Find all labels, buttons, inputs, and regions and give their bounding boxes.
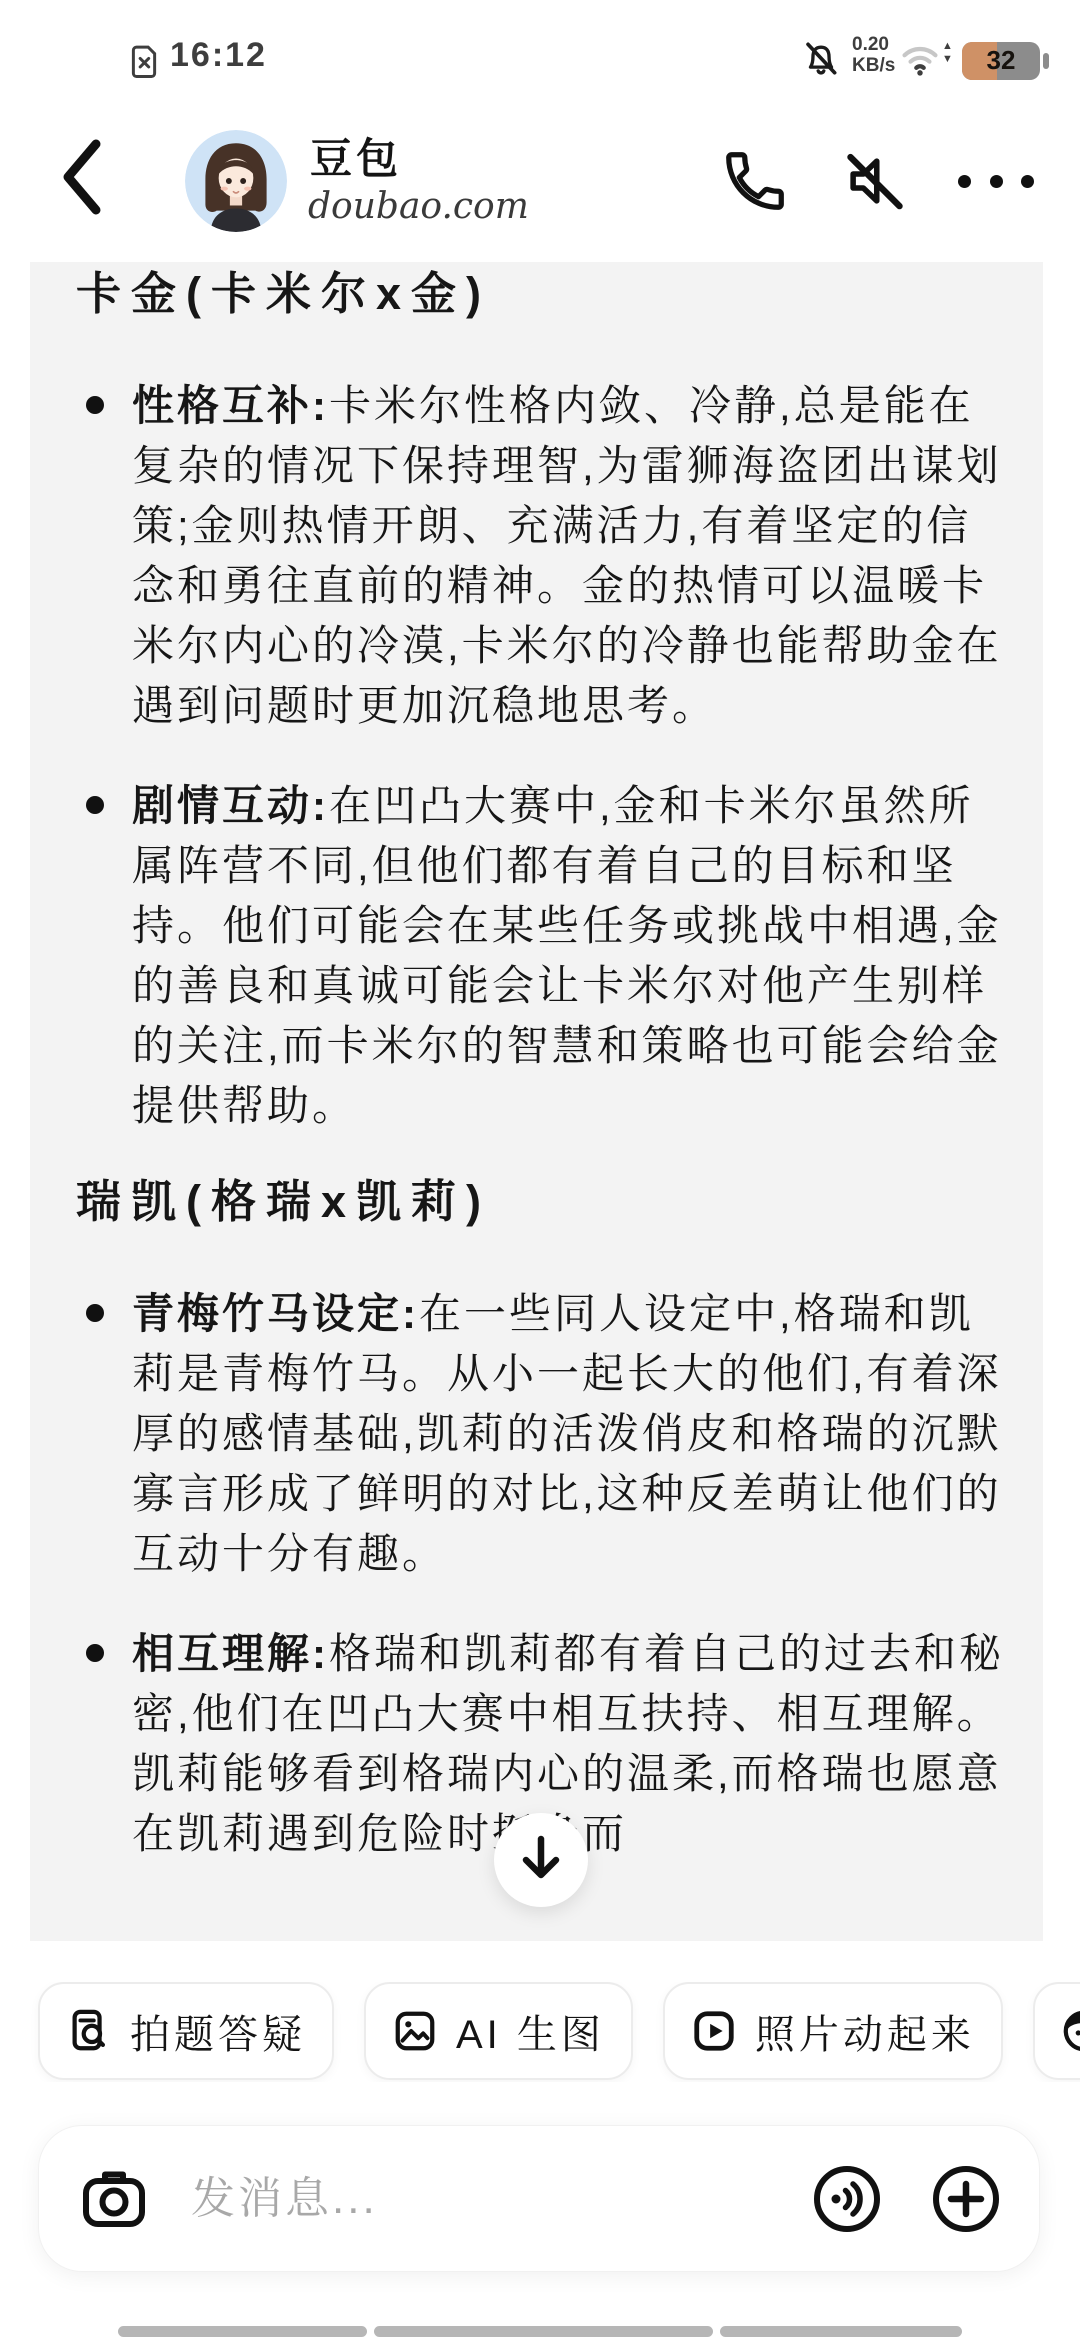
bullet-lead: 相互理解: <box>132 1630 329 1677</box>
battery-indicator: 32 <box>962 42 1040 80</box>
list-item: 剧情互动:在凹凸大赛中,金和卡米尔虽然所属阵营不同,但他们都有着自己的目标和坚持… <box>76 776 1009 1136</box>
quick-action-photo-question[interactable]: 拍题答疑 <box>38 1982 334 2080</box>
bullet-lead: 剧情互动: <box>132 782 329 829</box>
bullet-text: 性格互补:卡米尔性格内敛、冷静,总是能在复杂的情况下保持理智,为雷狮海盗团出谋划… <box>132 376 1009 736</box>
gesture-bar-right[interactable] <box>720 2326 962 2337</box>
image-icon <box>392 2008 438 2054</box>
dot <box>958 175 971 188</box>
no-sim-icon <box>128 42 162 87</box>
face-icon <box>1061 2008 1080 2054</box>
battery-percent: 32 <box>962 45 1040 76</box>
notifications-muted-icon <box>800 36 842 85</box>
dot <box>1021 175 1034 188</box>
list-item: 性格互补:卡米尔性格内敛、冷静,总是能在复杂的情况下保持理智,为雷狮海盗团出谋划… <box>76 376 1009 736</box>
bullet-dot <box>86 1304 104 1322</box>
gesture-bar-center[interactable] <box>374 2326 713 2337</box>
assistant-message-bubble: 卡金(卡米尔x金) 性格互补:卡米尔性格内敛、冷静,总是能在复杂的情况下保持理智… <box>30 262 1043 1941</box>
network-speed-unit: KB/s <box>852 55 895 76</box>
scroll-to-bottom-button[interactable] <box>494 1813 588 1907</box>
quick-action-ai-image[interactable]: AI 生图 <box>364 1982 633 2080</box>
gesture-bar-left[interactable] <box>118 2326 367 2337</box>
sound-muted-button[interactable] <box>840 146 910 216</box>
quick-action-label: 拍题答疑 <box>130 2003 306 2060</box>
bullet-text: 青梅竹马设定:在一些同人设定中,格瑞和凯莉是青梅竹马。从小一起长大的他们,有着深… <box>132 1284 1009 1584</box>
pairing-section-title: 瑞凯(格瑞x凯莉) <box>76 1176 1009 1228</box>
wifi-icon <box>898 38 942 83</box>
quick-action-label: 照片动起来 <box>755 2003 975 2060</box>
bullet-dot <box>86 1644 104 1662</box>
wifi-traffic-arrows-icon: ▲▼ <box>942 40 953 66</box>
network-speed: 0.20 KB/s <box>852 34 895 76</box>
avatar[interactable] <box>185 130 287 232</box>
add-attachment-button[interactable] <box>931 2164 1001 2234</box>
quick-action-clipped[interactable]: A <box>1033 1982 1080 2080</box>
quick-action-label: AI 生图 <box>456 2003 605 2060</box>
bullet-dot <box>86 396 104 414</box>
photo-question-icon <box>66 2008 112 2054</box>
quick-actions-row: 拍题答疑 AI 生图 照片动起来 <box>0 1982 1080 2082</box>
call-button[interactable] <box>720 146 790 216</box>
bullet-content: 卡米尔性格内敛、冷静,总是能在复杂的情况下保持理智,为雷狮海盗团出谋划策;金则热… <box>132 382 1002 729</box>
network-speed-value: 0.20 <box>852 34 889 55</box>
list-item: 青梅竹马设定:在一些同人设定中,格瑞和凯莉是青梅竹马。从小一起长大的他们,有着深… <box>76 1284 1009 1584</box>
more-options-button[interactable] <box>958 146 1034 216</box>
quick-action-animate-photo[interactable]: 照片动起来 <box>663 1982 1003 2080</box>
clock-time: 16:12 <box>170 36 267 75</box>
message-composer <box>38 2125 1040 2272</box>
pairing-section-title: 卡金(卡米尔x金) <box>76 268 1009 320</box>
doubao-chat-screen: 16:12 0.20 KB/s ▲▼ 32 <box>0 0 1080 2340</box>
bullet-lead: 青梅竹马设定: <box>132 1290 419 1337</box>
bullet-dot <box>86 796 104 814</box>
battery-cap <box>1043 53 1049 69</box>
voice-input-button[interactable] <box>812 2164 882 2234</box>
bullet-lead: 性格互补: <box>132 382 329 429</box>
message-input[interactable] <box>189 2154 753 2244</box>
bullet-text: 剧情互动:在凹凸大赛中,金和卡米尔虽然所属阵营不同,但他们都有着自己的目标和坚持… <box>132 776 1009 1136</box>
dot <box>990 175 1003 188</box>
video-play-icon <box>691 2008 737 2054</box>
contact-subtitle: doubao.com <box>308 186 529 227</box>
chat-header: 豆包 doubao.com <box>0 100 1080 260</box>
bullet-content: 在凹凸大赛中,金和卡米尔虽然所属阵营不同,但他们都有着自己的目标和坚持。他们可能… <box>132 782 1002 1129</box>
arrow-down-icon <box>512 1829 570 1892</box>
back-button[interactable] <box>52 132 112 222</box>
camera-button[interactable] <box>79 2164 149 2234</box>
status-bar: 16:12 0.20 KB/s ▲▼ 32 <box>0 0 1080 100</box>
contact-name: 豆包 <box>310 126 402 186</box>
